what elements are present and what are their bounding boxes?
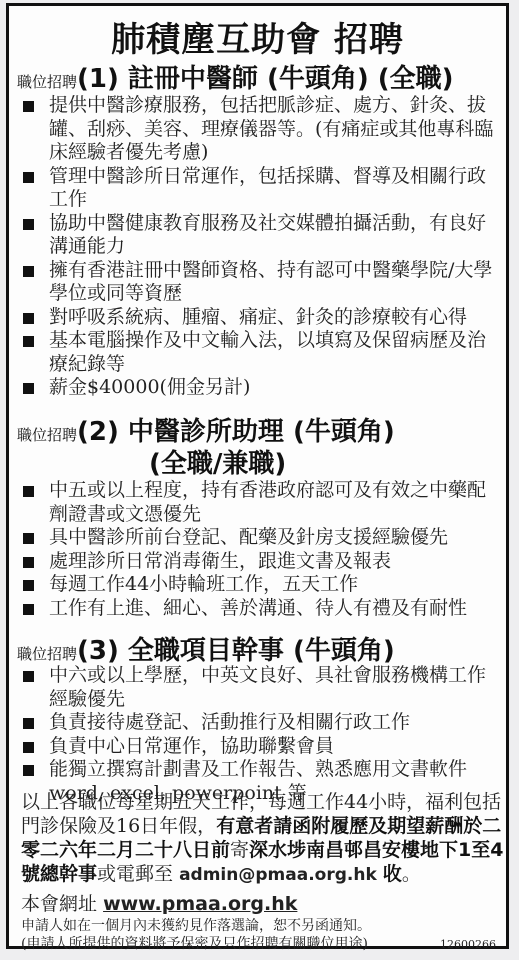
square-bullet-icon xyxy=(23,219,34,230)
job-1-requirements: 提供中醫診療服務，包括把脈診症、處方、針灸、拔罐、刮痧、美容、理療儀器等。(有痛… xyxy=(19,94,503,400)
list-item: 中五或以上程度，持有香港政府認可及有效之中藥配劑證書或文憑優先 xyxy=(19,479,503,526)
list-item: 負責接待處登記、活動推行及相關行政工作 xyxy=(19,711,503,735)
square-bullet-icon xyxy=(23,718,34,729)
square-bullet-icon xyxy=(23,533,34,544)
list-item: 協助中醫健康教育服務及社交媒體拍攝活動，有良好溝通能力 xyxy=(19,212,503,259)
job-prefix: 職位招聘 xyxy=(17,645,77,663)
footer-line-2: (申請人所提供的資料將予保密及只作招聘有關職位用途) xyxy=(21,935,505,953)
square-bullet-icon xyxy=(23,266,34,277)
square-bullet-icon xyxy=(23,336,34,347)
job-2-heading: 職位招聘(2) 中醫診所助理 (牛頭角) (全職/兼職) xyxy=(17,411,395,480)
recruitment-ad: 肺積塵互助會 招聘 職位招聘(1) 註冊中醫師 (牛頭角) (全職) 提供中醫診… xyxy=(6,3,509,949)
website-link[interactable]: www.pmaa.org.hk xyxy=(103,893,297,915)
job-title: (2) 中醫診所助理 (牛頭角) xyxy=(77,417,395,447)
square-bullet-icon xyxy=(23,557,34,568)
list-item: 每週工作44小時輪班工作，五天工作 xyxy=(19,573,503,597)
square-bullet-icon xyxy=(23,486,34,497)
list-item: 中六或以上學歷，中英文良好、具社會服務機構工作經驗優先 xyxy=(19,664,503,711)
job-title: (1) 註冊中醫師 (牛頭角) (全職) xyxy=(77,64,454,94)
ad-title: 肺積塵互助會 招聘 xyxy=(9,12,506,61)
list-item: 基本電腦操作及中文輸入法，以填寫及保留病歷及治療紀錄等 xyxy=(19,329,503,376)
email-link[interactable]: admin@pmaa.org.hk xyxy=(179,865,377,885)
square-bullet-icon xyxy=(23,383,34,394)
footer-line-1: 申請人如在一個月內未獲約見作落選論，恕不另函通知。 xyxy=(21,917,505,935)
website-line: 本會網址 www.pmaa.org.hk xyxy=(21,889,297,916)
square-bullet-icon xyxy=(23,765,34,776)
job-3-requirements: 中六或以上學歷，中英文良好、具社會服務機構工作經驗優先 負責接待處登記、活動推行… xyxy=(19,664,503,805)
list-item: 提供中醫診療服務，包括把脈診症、處方、針灸、拔罐、刮痧、美容、理療儀器等。(有痛… xyxy=(19,94,503,165)
square-bullet-icon xyxy=(23,604,34,615)
square-bullet-icon xyxy=(23,742,34,753)
job-prefix: 職位招聘 xyxy=(17,426,77,444)
list-item: 處理診所日常消毒衛生，跟進文書及報表 xyxy=(19,550,503,574)
list-item: 擁有香港註冊中醫師資格、持有認可中醫藥學院/大學學位或同等資歷 xyxy=(19,259,503,306)
application-instructions: 以上各職位每星期五天工作，每週工作44小時，福利包括門診保險及16日年假，有意者… xyxy=(21,790,507,887)
list-item: 具中醫診所前台登記、配藥及針房支援經驗優先 xyxy=(19,526,503,550)
job-1-heading: 職位招聘(1) 註冊中醫師 (牛頭角) (全職) xyxy=(17,58,454,95)
square-bullet-icon xyxy=(23,172,34,183)
list-item: 負責中心日常運作，協助聯繫會員 xyxy=(19,735,503,759)
job-prefix: 職位招聘 xyxy=(17,73,77,91)
footer-notice: 申請人如在一個月內未獲約見作落選論，恕不另函通知。 (申請人所提供的資料將予保密… xyxy=(21,917,505,953)
job-2-requirements: 中五或以上程度，持有香港政府認可及有效之中藥配劑證書或文憑優先 具中醫診所前台登… xyxy=(19,479,503,620)
ad-code: 12600266 xyxy=(440,938,496,951)
list-item: 薪金$40000(佣金另計) xyxy=(19,376,503,400)
square-bullet-icon xyxy=(23,671,34,682)
square-bullet-icon xyxy=(23,313,34,324)
job-title: (3) 全職項目幹事 (牛頭角) xyxy=(77,636,395,666)
job-3-heading: 職位招聘(3) 全職項目幹事 (牛頭角) xyxy=(17,630,395,667)
job-subtitle: (全職/兼職) xyxy=(17,448,395,480)
square-bullet-icon xyxy=(23,101,34,112)
list-item: 對呼吸系統病、腫瘤、痛症、針灸的診療較有心得 xyxy=(19,306,503,330)
list-item: 管理中醫診所日常運作，包括採購、督導及相關行政工作 xyxy=(19,165,503,212)
square-bullet-icon xyxy=(23,580,34,591)
list-item: 工作有上進、細心、善於溝通、待人有禮及有耐性 xyxy=(19,597,503,621)
